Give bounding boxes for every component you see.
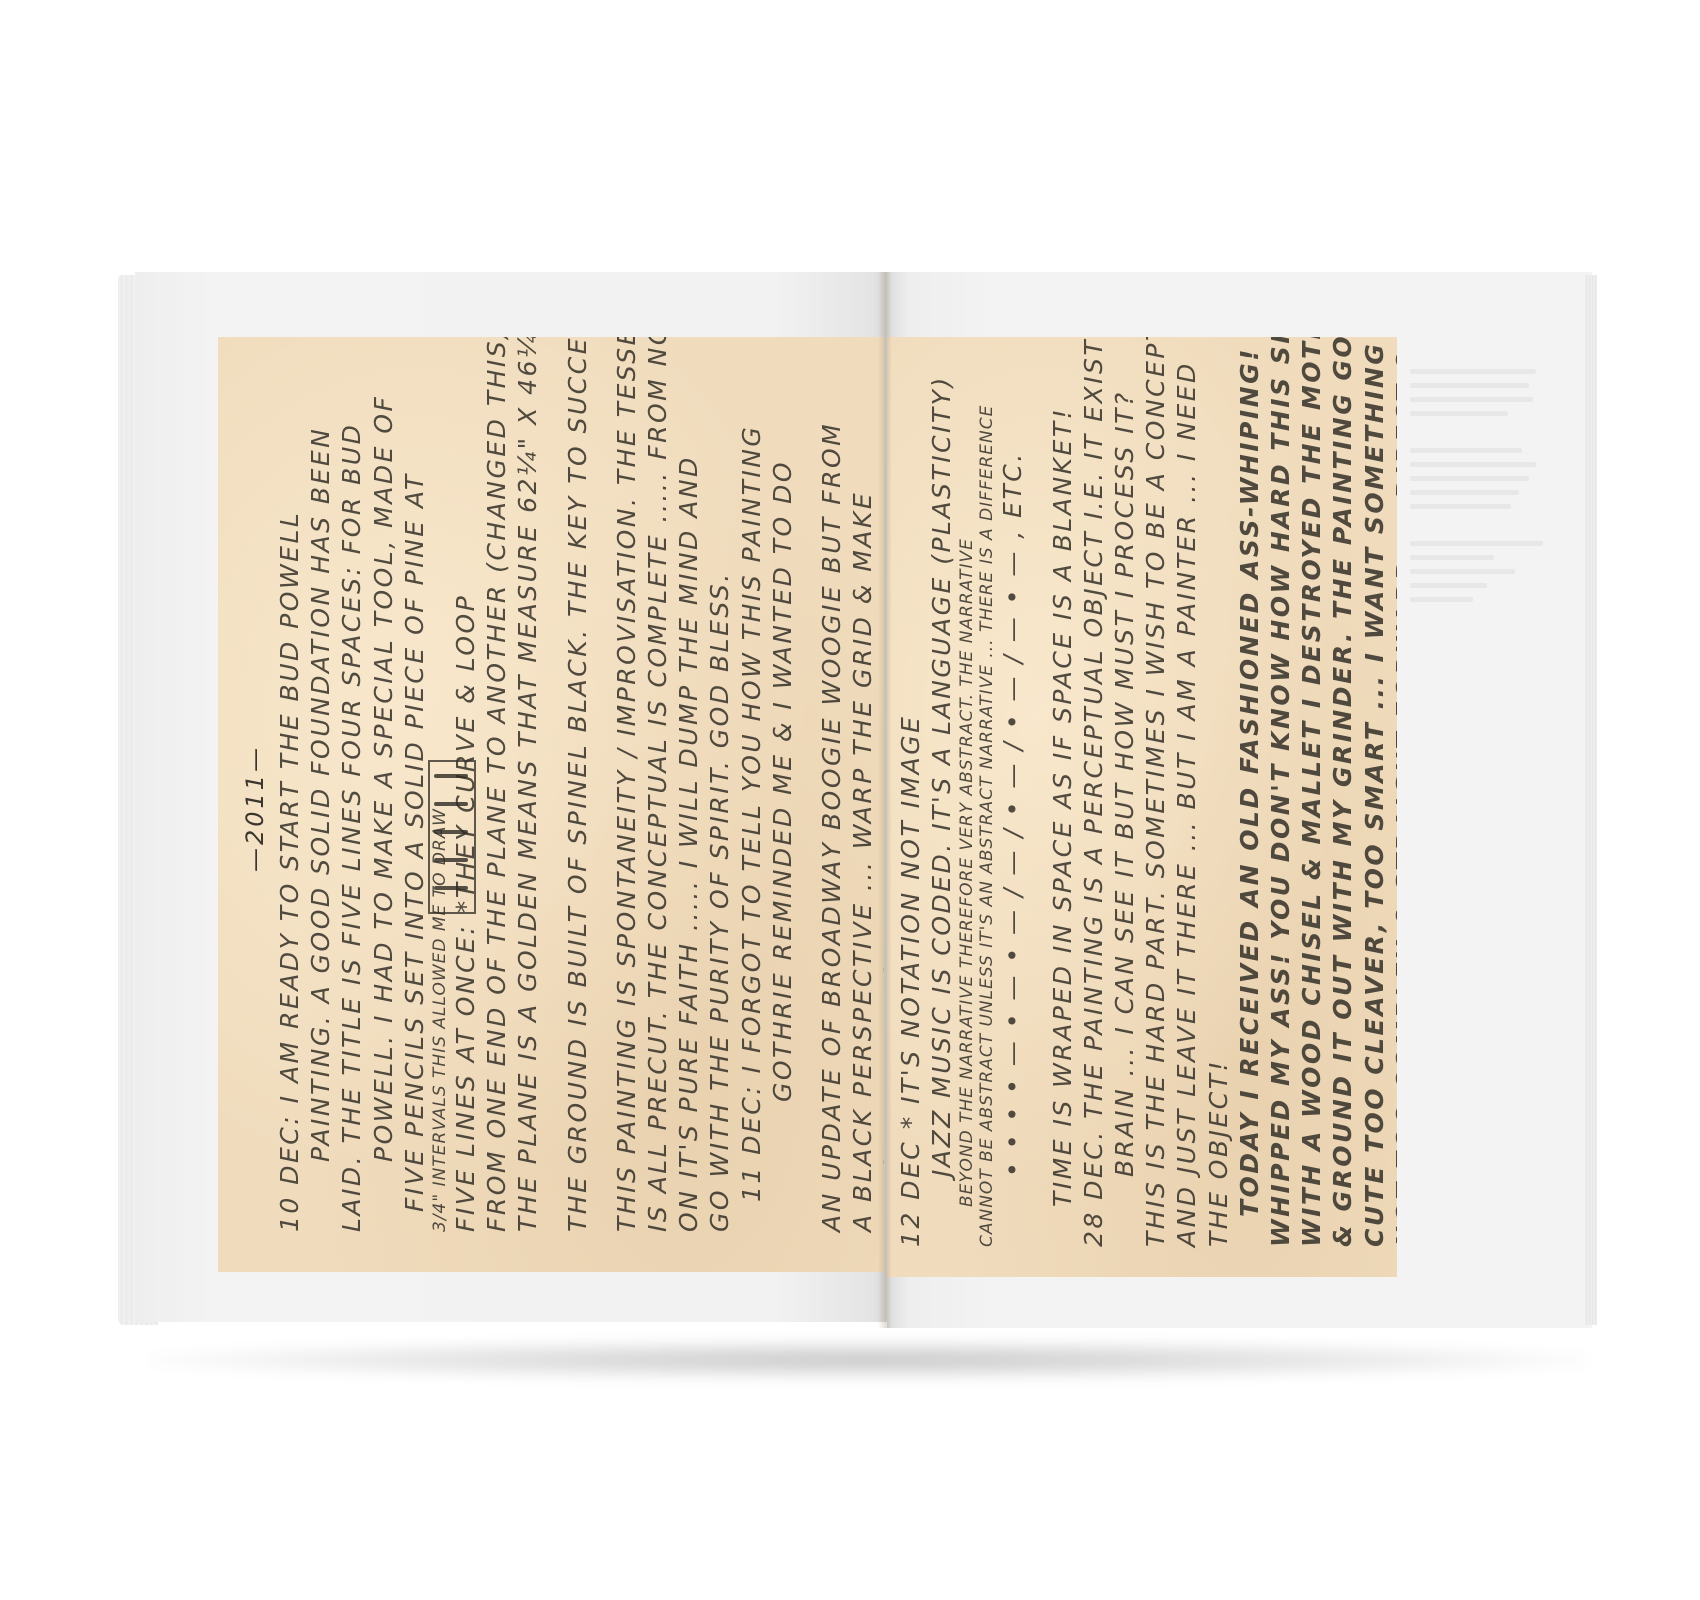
handwritten-line: TIME IS WRAPED IN SPACE AS IF SPACE IS A… (1047, 357, 1078, 1247)
right-page-stack-edge (1585, 275, 1597, 1325)
handwritten-line: & GROUND IT OUT WITH MY GRINDER. THE PAI… (1327, 357, 1358, 1247)
handwritten-line: THE OBJECT! (1203, 357, 1234, 1247)
handwritten-line: THIS PAINTING IS SPONTANEITY / IMPROVISA… (611, 357, 642, 1232)
handwritten-line: POWELL. I HAD TO MAKE A SPECIAL TOOL, MA… (368, 357, 399, 1232)
handwritten-line: 11 DEC: I FORGOT TO TELL YOU HOW THIS PA… (736, 357, 767, 1232)
handwritten-line: THE PLANE IS A GOLDEN MEANS THAT MEASURE… (512, 357, 543, 1232)
book-shadow (150, 1340, 1590, 1380)
handwritten-line: AN UPDATE OF BROADWAY BOOGIE WOOGIE BUT … (816, 357, 847, 1232)
handwritten-line: IS ALL PRECUT. THE CONCEPTUAL IS COMPLET… (642, 357, 673, 1232)
handwritten-line: FROM ONE END OF THE PLANE TO ANOTHER (ch… (481, 357, 512, 1232)
handwritten-line: THIS IS THE HARD PART. SOMETIMES I WISH … (1140, 357, 1171, 1247)
left-handwriting-block: —2011— 10 DEC: I AM READY TO START THE B… (218, 337, 884, 1272)
handwritten-line: PAINTING. A GOOD SOLID FOUNDATION HAS BE… (305, 357, 336, 1232)
handwritten-line: TODAY I RECEIVED AN OLD FASHIONED ASS-WH… (1234, 357, 1265, 1247)
journal-scan-left: —2011— 10 DEC: I AM READY TO START THE B… (218, 337, 884, 1272)
handwritten-line: FIVE PENCILS SET INTO A SOLID PIECE OF P… (399, 357, 430, 1232)
handwritten-line: LAID. THE TITLE IS FIVE LINES FOUR SPACE… (336, 357, 367, 1232)
handwritten-line: • • • • — • — • — / — / • — / • — / — • … (997, 357, 1028, 1247)
journal-scan-right: 12 DEC * IT'S NOTATION NOT IMAGE JAZZ MU… (887, 337, 1397, 1277)
handwritten-line: 10 DEC: I AM READY TO START THE BUD POWE… (274, 357, 305, 1232)
handwritten-line: ON IT'S PURE FAITH ..... I WILL DUMP THE… (673, 357, 704, 1232)
handwritten-line: NOT TOO COMPLEX & STRAIGHT FORWARD ... D… (1390, 357, 1397, 1247)
right-handwriting-block: 12 DEC * IT'S NOTATION NOT IMAGE JAZZ MU… (887, 337, 1397, 1277)
handwritten-line: GOTHRIE REMINDED ME & I WANTED TO DO (767, 357, 798, 1232)
handwritten-line: CANNOT BE ABSTRACT UNLESS IT'S AN ABSTRA… (977, 357, 997, 1247)
handwritten-line: A BLACK PERSPECTIVE ... WARP THE GRID & … (847, 357, 878, 1232)
handwritten-line: 28 DEC. THE PAINTING IS A PERCEPTUAL OBJ… (1078, 357, 1109, 1247)
handwritten-line: WITH A WOOD CHISEL & MALLET I DESTROYED … (1296, 357, 1327, 1247)
handwritten-line: GO WITH THE PURITY OF SPIRIT. GOD BLESS. (704, 357, 735, 1232)
handwritten-line: WHIPPED MY ASS! YOU DON'T KNOW HOW HARD … (1265, 357, 1296, 1247)
pencil-tool-sketch (428, 760, 476, 914)
handwritten-line: BRAIN ... I CAN SEE IT BUT HOW MUST I PR… (1109, 357, 1140, 1247)
handwritten-line: BEYOND THE NARRATIVE therefore VERY ABST… (957, 357, 977, 1247)
book-gutter (878, 272, 892, 1328)
year-header: —2011— (236, 357, 274, 1232)
handwritten-line: AND JUST LEAVE IT THERE ... BUT I AM A P… (1171, 357, 1202, 1247)
handwritten-line: CUTE TOO CLEAVER, TOO SMART ... I WANT S… (1359, 357, 1390, 1247)
handwritten-line: JAZZ MUSIC IS CODED. IT'S A LANGUAGE (PL… (926, 357, 957, 1247)
show-through-text (1410, 360, 1550, 611)
handwritten-line: THE GROUND IS BUILT OF SPINEL BLACK. THE… (562, 357, 593, 1232)
handwritten-line: 12 DEC * IT'S NOTATION NOT IMAGE (895, 357, 926, 1247)
